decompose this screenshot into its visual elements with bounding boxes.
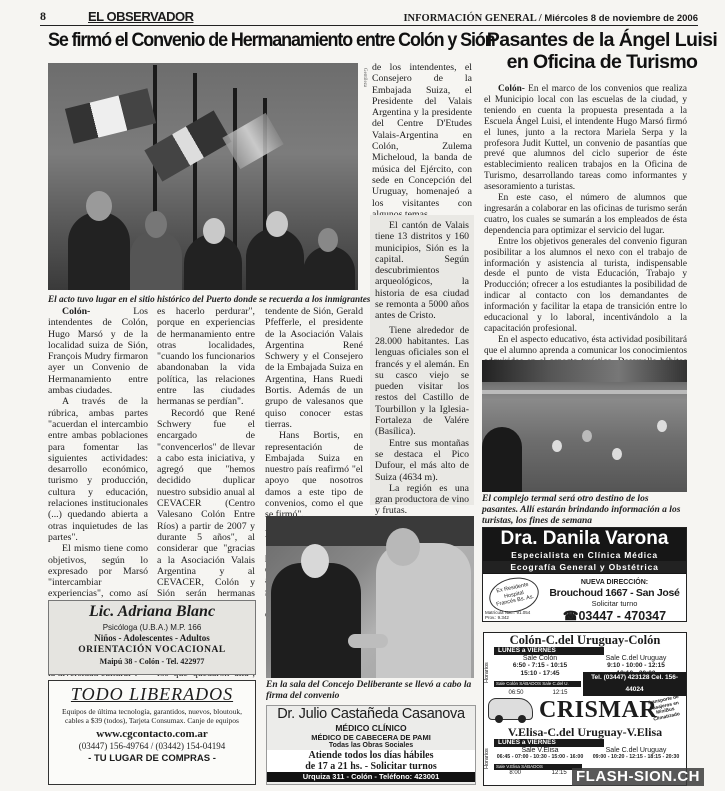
ad-dr-casanova: Dr. Julio Castañeda Casanova MÉDICO CLÍN… (266, 705, 476, 785)
issue-date: Miércoles 8 de noviembre de 2006 (544, 13, 698, 24)
ad-dra-varona: Dra. Danila Varona Especialista en Clíni… (482, 527, 687, 622)
side-headline: Pasantes de la Ángel Luisi en Oficina de… (482, 29, 722, 73)
section-dateline: INFORMACIÓN GENERAL / Miércoles 8 de nov… (403, 13, 698, 24)
website-link[interactable]: www.cgcontacto.com.ar (49, 727, 255, 741)
watermark: FLASH-SION.CH (572, 768, 704, 786)
ad-todo-liberados: TODO LIBERADOS Equipos de última tecnolo… (48, 680, 256, 785)
main-article-col2: es hacerlo perdurar", porque en experien… (157, 306, 255, 744)
photo1-caption: El acto tuvo lugar en el sitio histórico… (48, 294, 358, 305)
minibus-icon (488, 698, 533, 720)
photo-handshake (266, 516, 474, 678)
section-name: INFORMACIÓN GENERAL (403, 13, 536, 24)
newspaper-logo: EL OBSERVADOR (88, 9, 193, 24)
photo2-caption: En la sala del Concejo Deliberante se ll… (266, 680, 476, 702)
photo-officials-flags (48, 63, 358, 290)
ad-crismar-bus: Colón-C.del Uruguay-Colón Horarios LUNES… (483, 632, 687, 786)
page-number: 8 (40, 9, 88, 24)
main-headline: Se firmó el Convenio de Hermanamiento en… (48, 29, 495, 52)
masthead: 8 EL OBSERVADOR INFORMACIÓN GENERAL / Mi… (40, 4, 698, 26)
crismar-brand: CRISMAR (539, 696, 657, 724)
phone-icon: ☎ (563, 609, 579, 623)
photo-thermal-pool (482, 360, 687, 492)
photo-credit: Gentileza (362, 68, 367, 87)
ad-lic-blanc: Lic. Adriana Blanc Psicóloga (U.B.A.) M.… (48, 600, 256, 675)
pool-photo-caption: El complejo termal será otro destino de … (482, 494, 687, 527)
valais-info-box: El cantón de Valais tiene 13 distritos y… (370, 215, 474, 505)
